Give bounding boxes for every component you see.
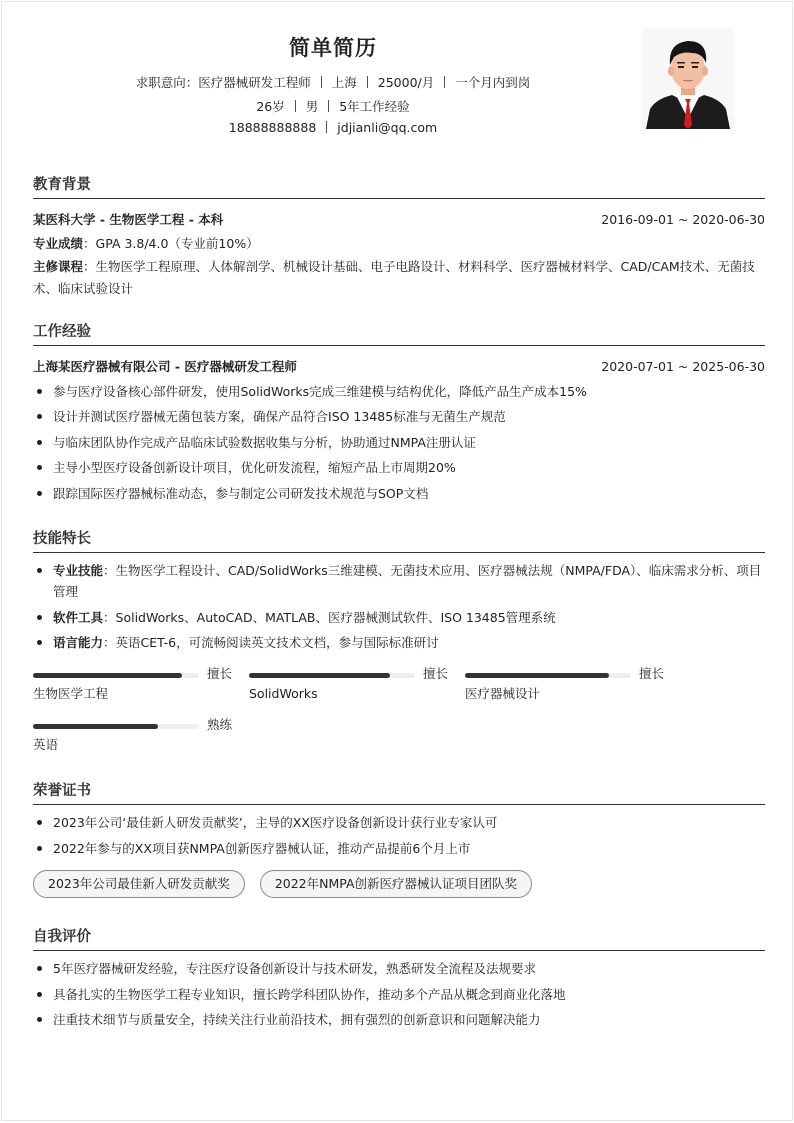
- list-item: 注重技术细节与质量安全，持续关注行业前沿技术，拥有强烈的创新意识和问题解决能力: [33, 1009, 765, 1030]
- skill-bars: 擅长 生物医学工程 擅长 SolidWorks 擅长 医疗器械设计 熟练 英语: [33, 665, 765, 755]
- education-section: 教育背景 某医科大学 - 生物医学工程 - 本科 2016-09-01 ~ 20…: [33, 175, 765, 301]
- honors-section: 荣誉证书 2023年公司‘最佳新人研发贡献奖’，主导的XX医疗设备创新设计获行业…: [33, 781, 765, 898]
- skill-name: SolidWorks: [249, 685, 318, 703]
- progress-fill: [249, 673, 390, 678]
- skill-level: 擅长: [423, 665, 448, 683]
- progress-track: [249, 673, 415, 678]
- skill-label: 软件工具: [53, 610, 103, 625]
- skill-value: ：生物医学工程设计、CAD/SolidWorks三维建模、无菌技术应用、医疗器械…: [53, 563, 761, 599]
- progress-fill: [465, 673, 609, 678]
- skill-name: 医疗器械设计: [465, 685, 540, 703]
- divider: [444, 76, 445, 88]
- list-item: 专业技能：生物医学工程设计、CAD/SolidWorks三维建模、无菌技术应用、…: [33, 560, 765, 602]
- skill-level: 擅长: [207, 665, 232, 683]
- section-title-education: 教育背景: [33, 175, 765, 199]
- progress-track: [33, 724, 199, 729]
- gpa-line: 专业成绩：GPA 3.8/4.0（专业前10%）: [33, 233, 765, 256]
- section-title-honors: 荣誉证书: [33, 781, 765, 805]
- personal-info-line: 26岁男5年工作经验: [2, 97, 664, 115]
- candidate-name: 简单简历: [2, 32, 664, 62]
- phone: 18888888888: [229, 120, 316, 135]
- resume-page: 简单简历 求职意向：医疗器械研发工程师上海25000/月一个月内到岗 26岁男5…: [1, 1, 793, 1121]
- skill-bar-item: 擅长 SolidWorks: [249, 665, 449, 705]
- resume-header: 简单简历 求职意向：医疗器械研发工程师上海25000/月一个月内到岗 26岁男5…: [2, 2, 794, 152]
- progress-fill: [33, 724, 158, 729]
- work-section: 工作经验 上海某医疗器械有限公司 - 医疗器械研发工程师 2020-07-01 …: [33, 322, 765, 504]
- skill-bar-item: 擅长 医疗器械设计: [465, 665, 665, 705]
- divider: [328, 100, 329, 112]
- intent-availability: 一个月内到岗: [455, 75, 530, 90]
- section-title-self-evaluation: 自我评价: [33, 927, 765, 951]
- experience-years: 5年工作经验: [339, 99, 409, 114]
- skill-bar-item: 擅长 生物医学工程: [33, 665, 233, 705]
- skills-list: 专业技能：生物医学工程设计、CAD/SolidWorks三维建模、无菌技术应用、…: [33, 560, 765, 653]
- courses-value: ：生物医学工程原理、人体解剖学、机械设计基础、电子电路设计、材料科学、医疗器械材…: [33, 259, 755, 297]
- honors-list: 2023年公司‘最佳新人研发贡献奖’，主导的XX医疗设备创新设计获行业专家认可 …: [33, 812, 765, 859]
- skill-label: 语言能力: [53, 635, 103, 650]
- list-item: 软件工具：SolidWorks、AutoCAD、MATLAB、医疗器械测试软件、…: [33, 607, 765, 628]
- divider: [326, 121, 327, 133]
- skills-section: 技能特长 专业技能：生物医学工程设计、CAD/SolidWorks三维建模、无菌…: [33, 529, 765, 755]
- list-item: 语言能力：英语CET-6，可流畅阅读英文技术文档，参与国际标准研讨: [33, 632, 765, 653]
- divider: [295, 100, 296, 112]
- school-major-degree: 某医科大学 - 生物医学工程 - 本科: [33, 211, 223, 229]
- honor-badges: 2023年公司最佳新人研发贡献奖 2022年NMPA创新医疗器械认证项目团队奖: [33, 870, 765, 898]
- work-entry-header: 上海某医疗器械有限公司 - 医疗器械研发工程师 2020-07-01 ~ 202…: [33, 358, 765, 376]
- avatar: [642, 29, 734, 129]
- work-achievements-list: 参与医疗设备核心部件研发，使用SolidWorks完成三维建模与结构优化，降低产…: [33, 381, 765, 504]
- skill-value: ：SolidWorks、AutoCAD、MATLAB、医疗器械测试软件、ISO …: [103, 610, 556, 625]
- intent-city: 上海: [332, 75, 357, 90]
- gpa-value: ：GPA 3.8/4.0（专业前10%）: [83, 236, 259, 251]
- gpa-label: 专业成绩: [33, 236, 83, 251]
- skill-label: 专业技能: [53, 563, 103, 578]
- skill-value: ：英语CET-6，可流畅阅读英文技术文档，参与国际标准研讨: [103, 635, 439, 650]
- list-item: 跟踪国际医疗器械标准动态，参与制定公司研发技术规范与SOP文档: [33, 483, 765, 504]
- list-item: 设计并测试医疗器械无菌包装方案，确保产品符合ISO 13485标准与无菌生产规范: [33, 406, 765, 427]
- skill-level: 熟练: [207, 716, 232, 734]
- intent-salary: 25000/月: [378, 75, 434, 90]
- list-item: 5年医疗器械研发经验，专注医疗设备创新设计与技术研发，熟悉研发全流程及法规要求: [33, 958, 765, 979]
- courses-line: 主修课程：生物医学工程原理、人体解剖学、机械设计基础、电子电路设计、材料科学、医…: [33, 256, 765, 301]
- courses-label: 主修课程: [33, 259, 83, 274]
- company-position: 上海某医疗器械有限公司 - 医疗器械研发工程师: [33, 358, 297, 376]
- honor-badge: 2023年公司最佳新人研发贡献奖: [33, 870, 245, 898]
- intent-position: 医疗器械研发工程师: [198, 75, 311, 90]
- self-evaluation-section: 自我评价 5年医疗器械研发经验，专注医疗设备创新设计与技术研发，熟悉研发全流程及…: [33, 927, 765, 1030]
- list-item: 2023年公司‘最佳新人研发贡献奖’，主导的XX医疗设备创新设计获行业专家认可: [33, 812, 765, 833]
- list-item: 参与医疗设备核心部件研发，使用SolidWorks完成三维建模与结构优化，降低产…: [33, 381, 765, 402]
- intent-label: 求职意向：: [136, 75, 199, 90]
- education-date: 2016-09-01 ~ 2020-06-30: [601, 211, 765, 229]
- progress-track: [33, 673, 199, 678]
- skill-level: 擅长: [639, 665, 664, 683]
- contact-line: 18888888888jdjianli@qq.com: [2, 120, 664, 135]
- section-title-skills: 技能特长: [33, 529, 765, 553]
- section-title-work: 工作经验: [33, 322, 765, 346]
- divider: [321, 76, 322, 88]
- list-item: 具备扎实的生物医学工程专业知识，擅长跨学科团队协作，推动多个产品从概念到商业化落…: [33, 984, 765, 1005]
- avatar-photo-icon: [642, 29, 734, 129]
- self-evaluation-list: 5年医疗器械研发经验，专注医疗设备创新设计与技术研发，熟悉研发全流程及法规要求 …: [33, 958, 765, 1030]
- gender: 男: [306, 99, 319, 114]
- progress-track: [465, 673, 631, 678]
- work-date: 2020-07-01 ~ 2025-06-30: [601, 358, 765, 376]
- progress-fill: [33, 673, 182, 678]
- email: jdjianli@qq.com: [337, 120, 437, 135]
- skill-name: 英语: [33, 736, 58, 754]
- honor-badge: 2022年NMPA创新医疗器械认证项目团队奖: [260, 870, 532, 898]
- job-intent-line: 求职意向：医疗器械研发工程师上海25000/月一个月内到岗: [2, 73, 664, 91]
- skill-name: 生物医学工程: [33, 685, 108, 703]
- list-item: 与临床团队协作完成产品临床试验数据收集与分析，协助通过NMPA注册认证: [33, 432, 765, 453]
- education-entry-header: 某医科大学 - 生物医学工程 - 本科 2016-09-01 ~ 2020-06…: [33, 211, 765, 229]
- skill-bar-item: 熟练 英语: [33, 716, 233, 756]
- list-item: 2022年参与的XX项目获NMPA创新医疗器械认证，推动产品提前6个月上市: [33, 838, 765, 859]
- age: 26岁: [256, 99, 284, 114]
- list-item: 主导小型医疗设备创新设计项目，优化研发流程，缩短产品上市周期20%: [33, 457, 765, 478]
- divider: [367, 76, 368, 88]
